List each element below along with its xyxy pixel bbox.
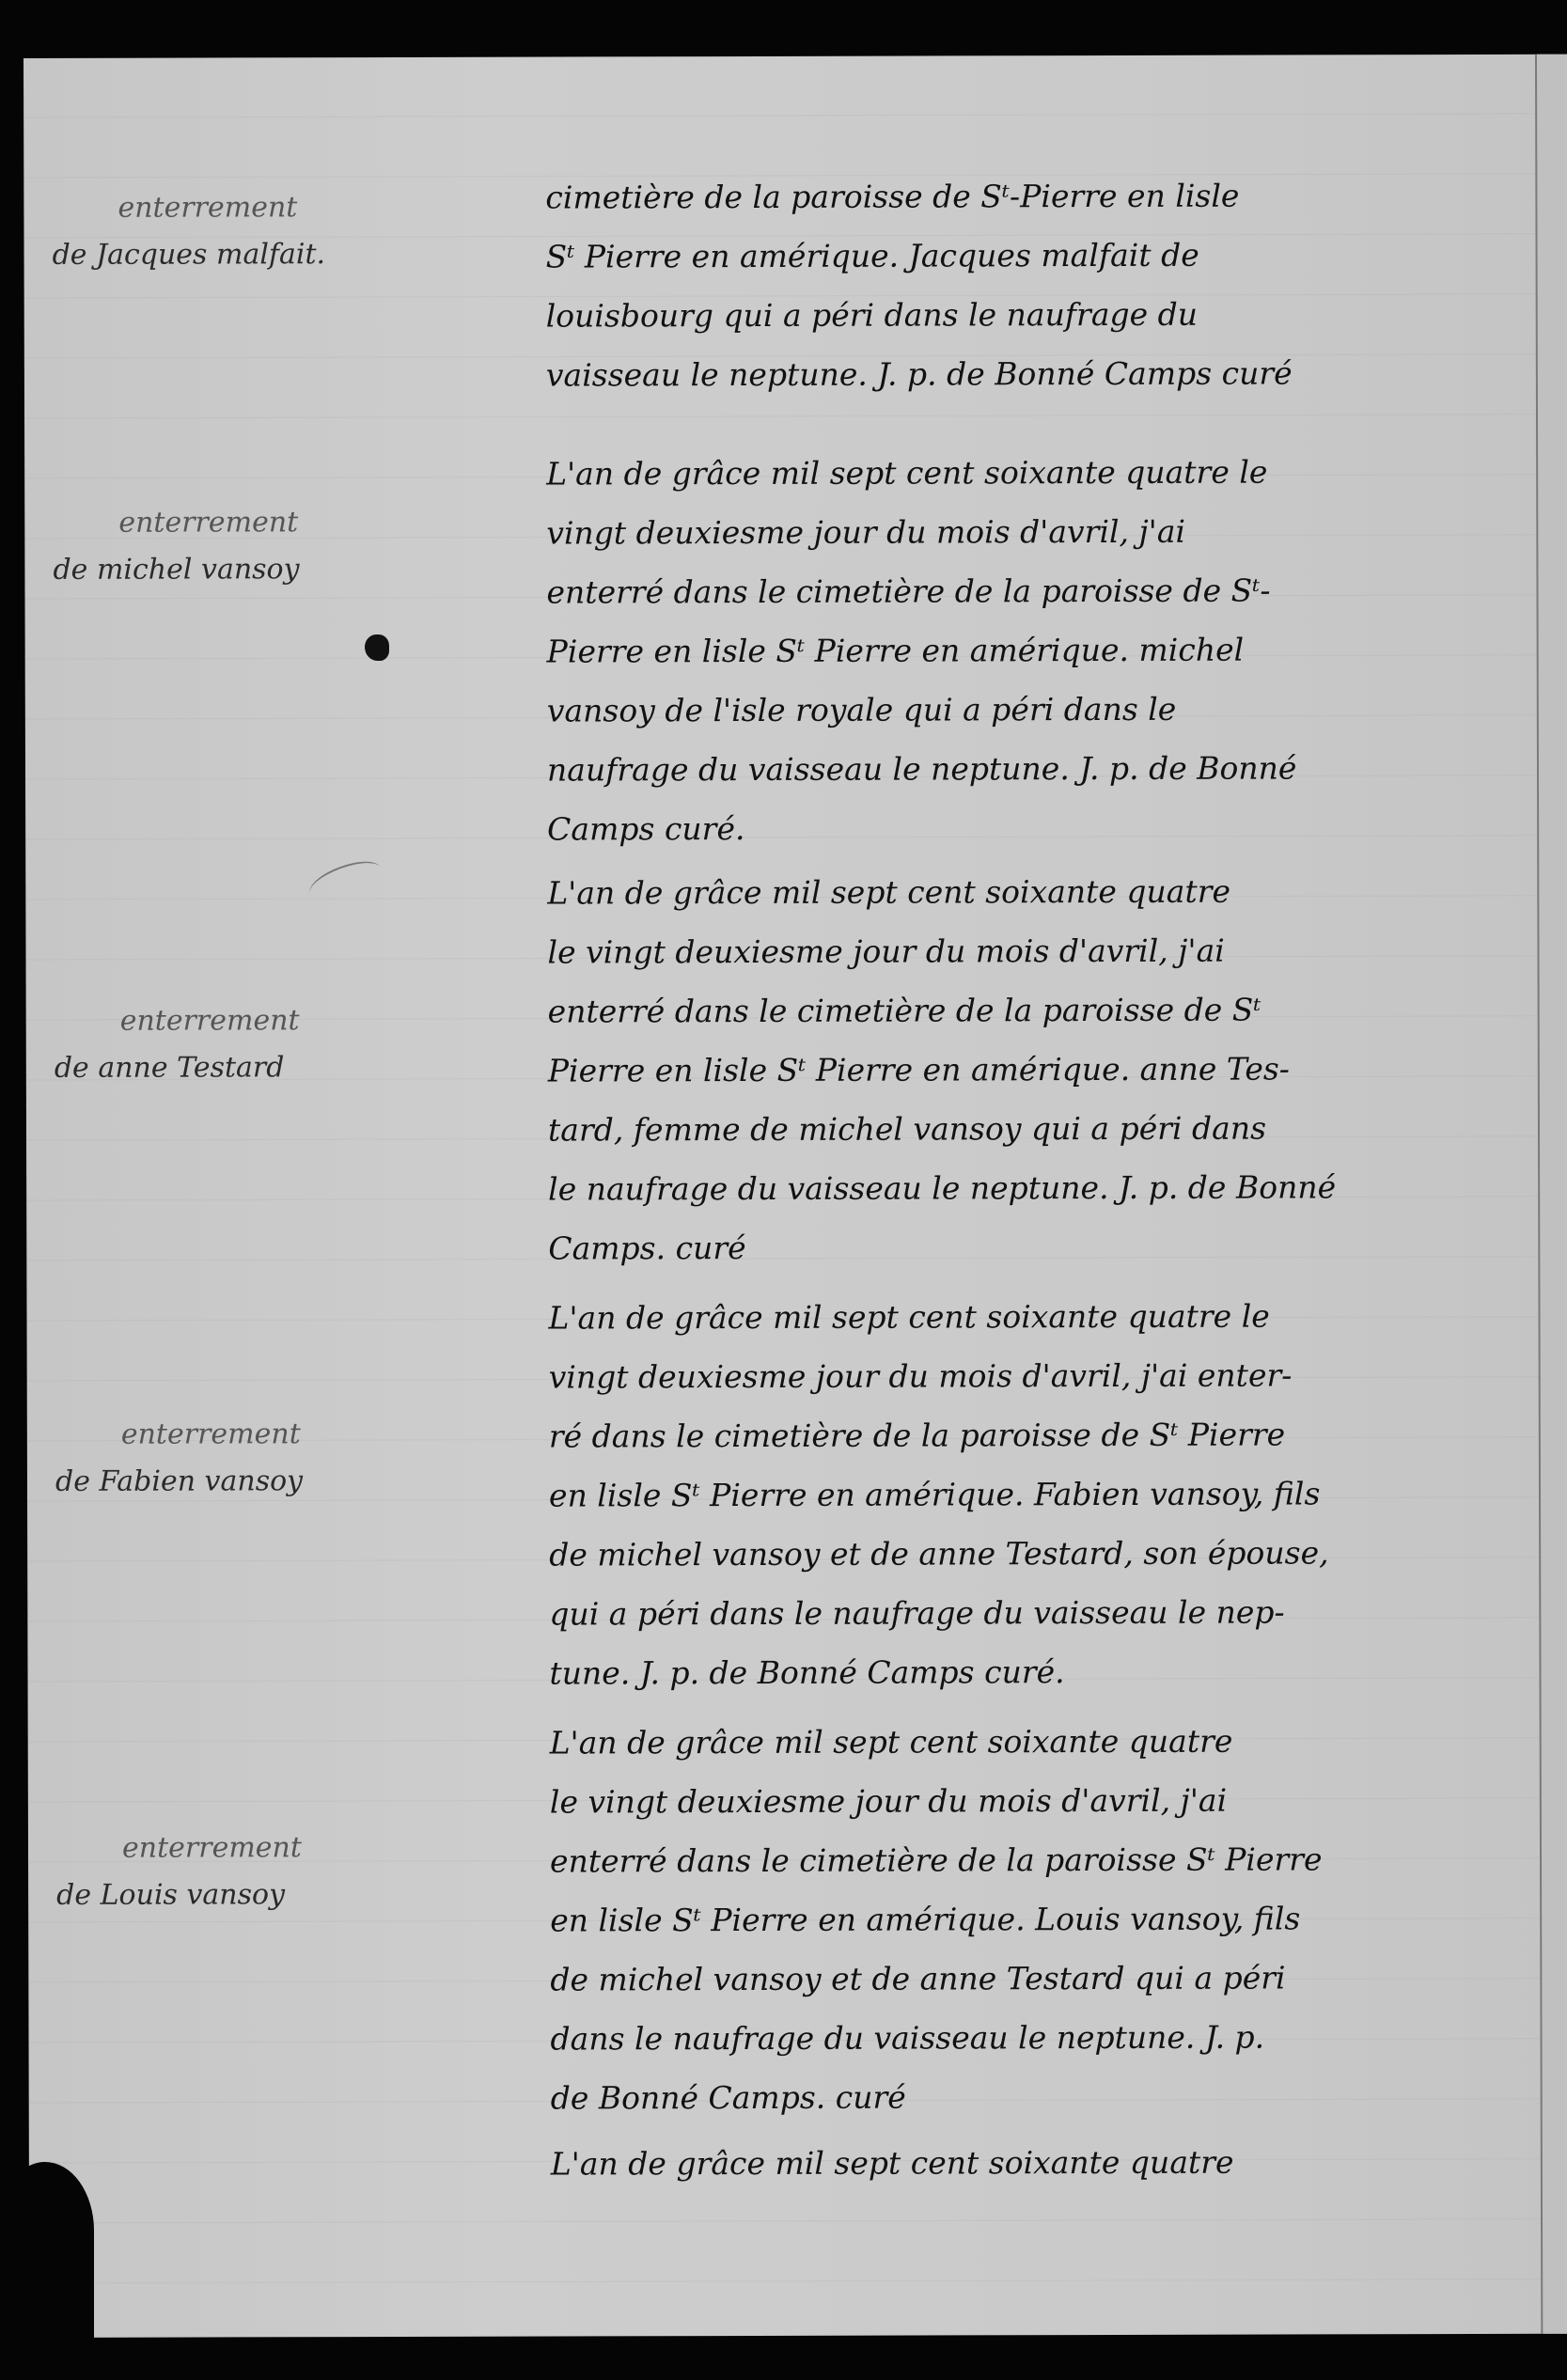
manuscript-page: enterrement de Jacques malfait. cimetièr… [24,55,1567,2338]
entry-line: de Bonné Camps. curé [551,2066,1519,2128]
margin-annotation-name: de michel vansoy [53,546,504,594]
register-entry: enterrement de anne Testard L'an de grâc… [24,55,1567,58]
margin-annotation-name: de anne Testard [55,1044,506,1092]
entry-line: Pierre en lisle Sᵗ Pierre en amérique. a… [548,1039,1516,1101]
entry-line: vingt deuxiesme jour du mois d'avril, j'… [546,501,1514,563]
margin-annotation-line: enterrement [55,997,506,1045]
entry-body: L'an de grâce mil sept cent soixante qua… [546,442,1515,859]
entry-line: Camps curé. [547,797,1515,859]
stray-pen-stroke [305,853,385,908]
entry-line: tard, femme de michel vansoy qui a péri … [548,1098,1516,1160]
entry-line: L'an de grâce mil sept cent soixante qua… [547,861,1515,923]
entry-line: dans le naufrage du vaisseau le neptune.… [550,2007,1518,2069]
entry-line: L'an de grâce mil sept cent soixante qua… [551,2132,1519,2194]
entry-line: en lisle Sᵗ Pierre en amérique. Fabien v… [549,1464,1517,1526]
register-entry: enterrement de michel vansoy L'an de grâ… [24,55,1567,58]
entry-line: Camps. curé [548,1216,1516,1278]
entry-line: L'an de grâce mil sept cent soixante qua… [548,1286,1516,1348]
entry-line: L'an de grâce mil sept cent soixante qua… [546,442,1514,504]
entry-line: tune. J. p. de Bonné Camps curé. [549,1641,1517,1703]
entry-line: Pierre en lisle Sᵗ Pierre en amérique. m… [547,619,1515,681]
entry-body: L'an de grâce mil sept cent soixante qua… [548,1286,1517,1703]
margin-annotation-name: de Louis vansoy [56,1871,508,1919]
margin-annotation-name: de Fabien vansoy [55,1458,507,1506]
margin-annotation-line: enterrement [52,184,503,232]
margin-annotation: enterrement de michel vansoy [53,499,504,594]
entry-line: ré dans le cimetière de la paroisse de S… [549,1404,1517,1466]
entry-line: vaisseau le neptune. J. p. de Bonné Camp… [546,343,1514,405]
margin-annotation: enterrement de Louis vansoy [56,1824,508,1919]
entry-line: le vingt deuxiesme jour du mois d'avril,… [550,1770,1518,1832]
scan-border-bottom [0,2338,1567,2380]
entry-line: qui a péri dans le naufrage du vaisseau … [549,1582,1517,1644]
margin-annotation-name: de Jacques malfait. [52,231,503,279]
entry-line: en lisle Sᵗ Pierre en amérique. Louis va… [550,1888,1518,1950]
margin-annotation: enterrement de Jacques malfait. [52,184,503,279]
margin-annotation-line: enterrement [56,1824,508,1872]
register-entry: enterrement de Fabien vansoy L'an de grâ… [24,55,1567,58]
register-entry: enterrement de Louis vansoy L'an de grâc… [24,55,1567,58]
scan-shadow-blot [0,2162,94,2380]
entry-body: L'an de grâce mil sept cent soixante qua… [551,2132,1519,2194]
entry-line: louisbourg qui a péri dans le naufrage d… [546,284,1514,346]
entry-line: vingt deuxiesme jour du mois d'avril, j'… [549,1345,1517,1407]
entry-line: enterré dans le cimetière de la paroisse… [548,979,1516,1041]
entry-line: L'an de grâce mil sept cent soixante qua… [550,1711,1518,1773]
entry-line: Sᵗ Pierre en amérique. Jacques malfait d… [545,225,1513,287]
entry-line: enterré dans le cimetière de la paroisse… [550,1829,1518,1891]
entry-line: naufrage du vaisseau le neptune. J. p. d… [547,738,1515,800]
margin-annotation: enterrement de Fabien vansoy [55,1411,507,1506]
entry-line: enterré dans le cimetière de la paroisse… [546,560,1514,622]
entry-line: de michel vansoy et de anne Testard, son… [549,1523,1517,1585]
margin-annotation: enterrement de anne Testard [55,997,506,1092]
margin-annotation-line: enterrement [55,1411,507,1459]
entry-body: L'an de grâce mil sept cent soixante qua… [550,1711,1519,2128]
register-entry: L'an de grâce mil sept cent soixante qua… [24,55,1567,58]
entry-line: vansoy de l'isle royale qui a péri dans … [547,679,1515,741]
entry-line: cimetière de la paroisse de Sᵗ-Pierre en… [545,165,1513,227]
entry-line: de michel vansoy et de anne Testard qui … [550,1948,1518,2010]
entry-body: L'an de grâce mil sept cent soixante qua… [547,861,1516,1278]
ink-blot [365,634,389,661]
margin-annotation-line: enterrement [53,499,504,547]
entry-line: le vingt deuxiesme jour du mois d'avril,… [547,920,1515,982]
entry-body: cimetière de la paroisse de Sᵗ-Pierre en… [545,165,1514,405]
entry-line: le naufrage du vaisseau le neptune. J. p… [548,1157,1516,1219]
register-entry: enterrement de Jacques malfait. cimetièr… [24,55,1567,58]
